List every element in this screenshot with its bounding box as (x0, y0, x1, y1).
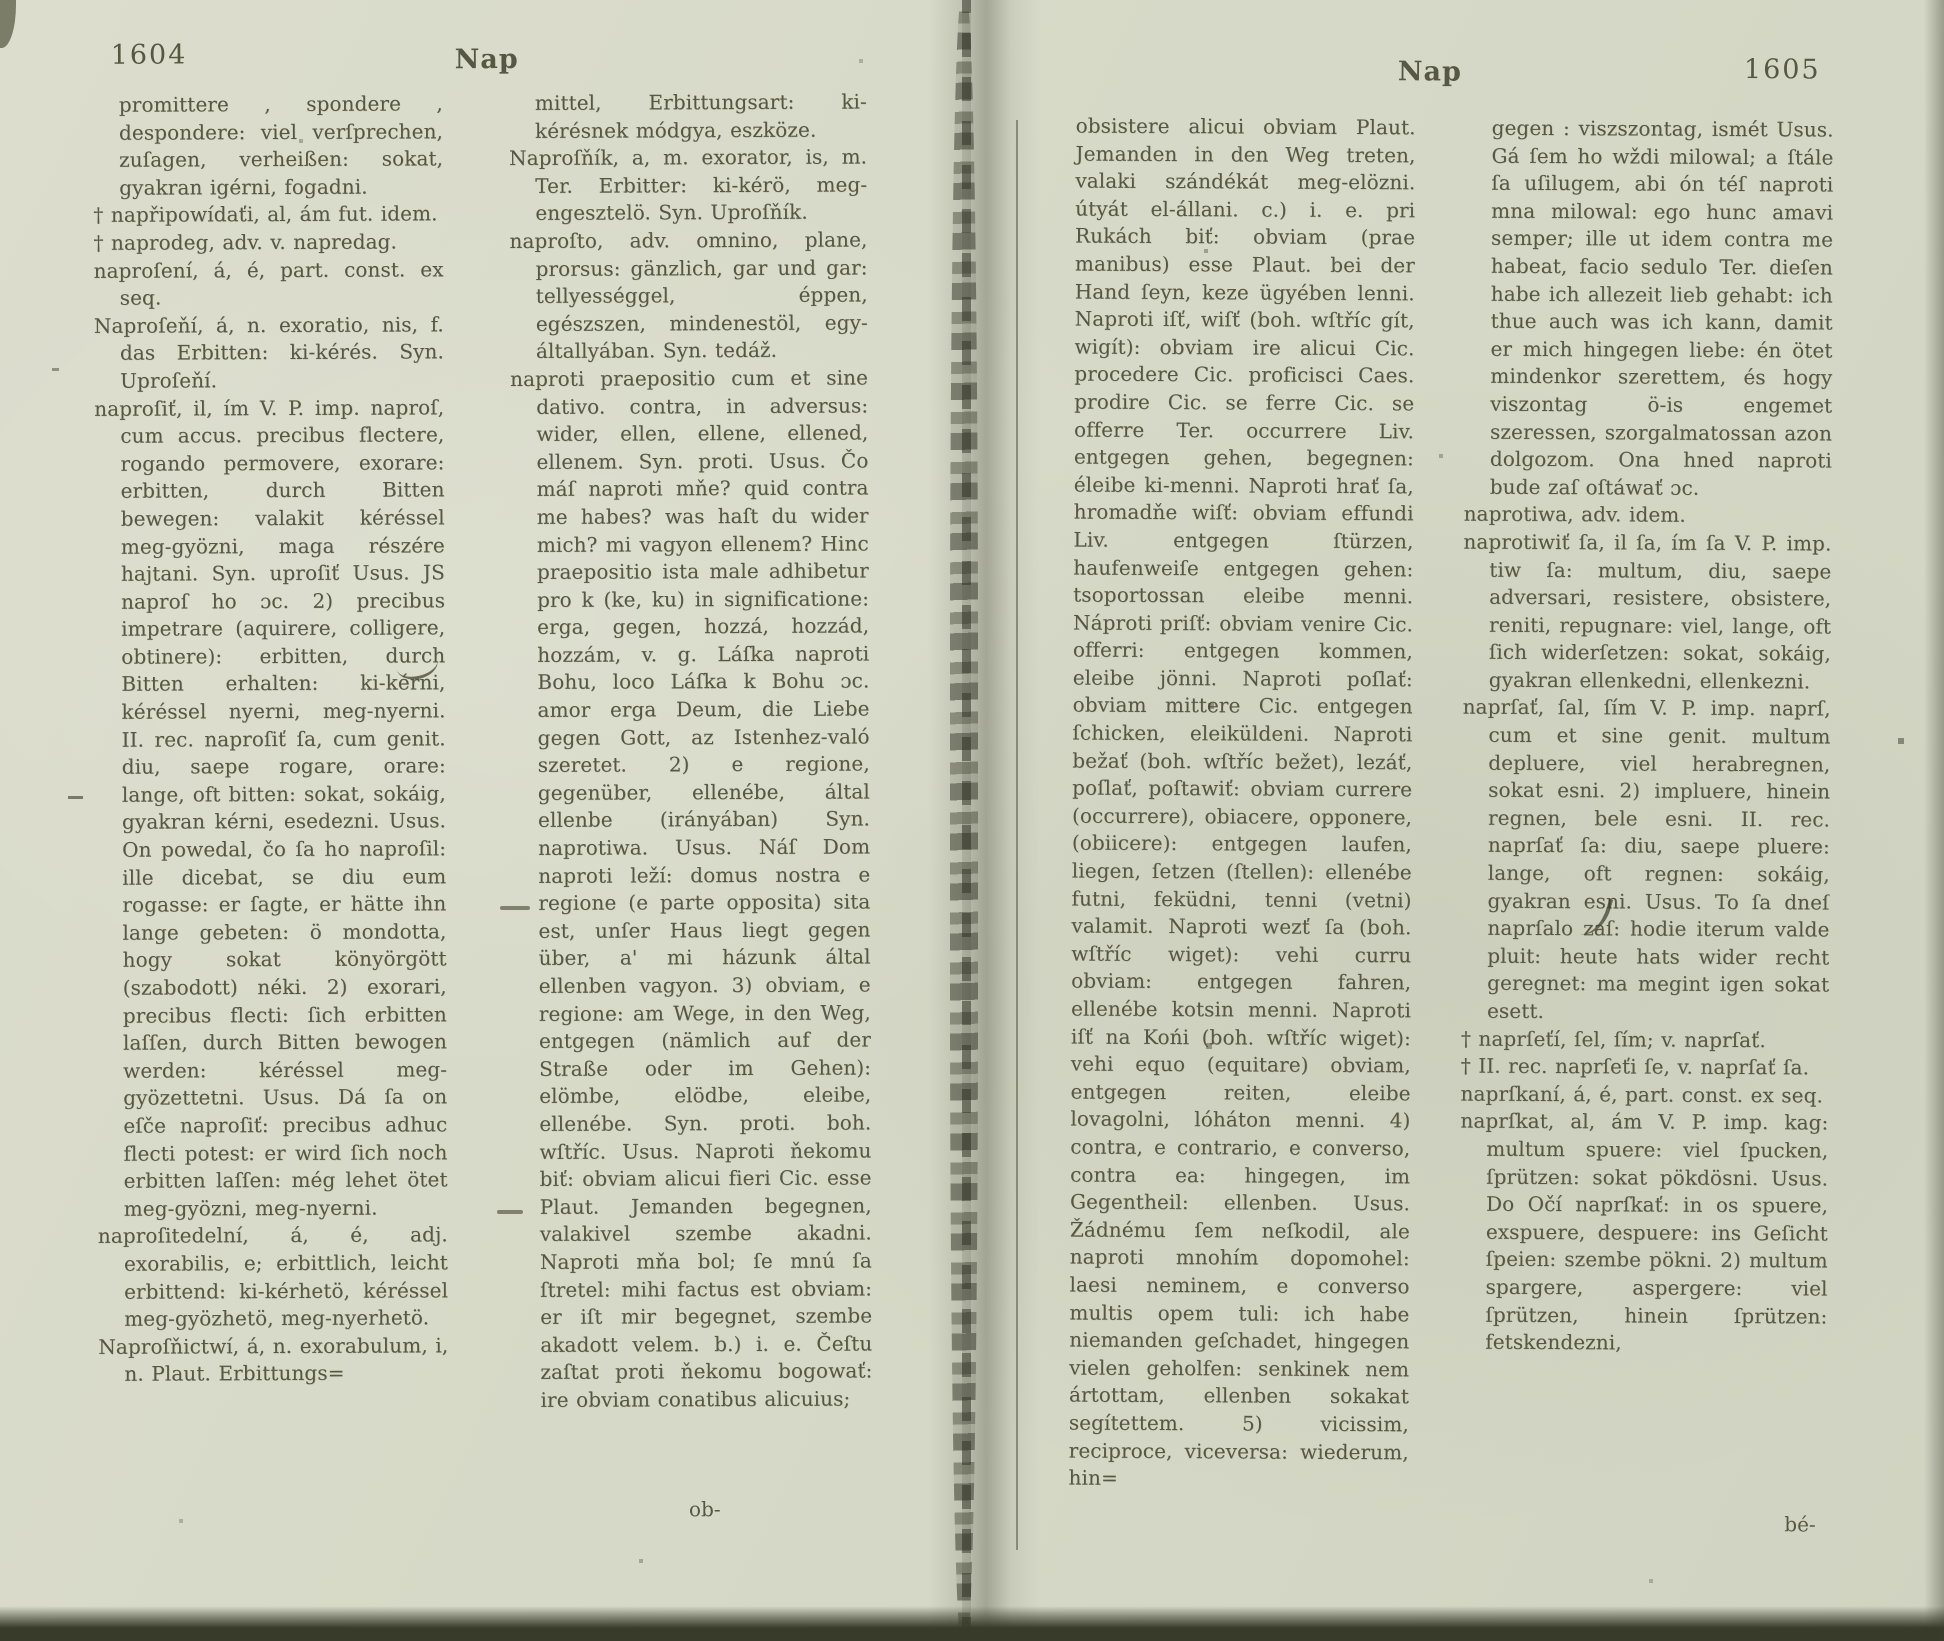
dictionary-entry: naprſkat, al, ám V. P. imp. kag: multum … (1459, 1108, 1828, 1358)
book-fold-core (962, 0, 971, 1641)
page-number-right: 1605 (1744, 54, 1821, 85)
margin-mark (52, 368, 59, 371)
dictionary-entry: naprſkaní, á, é, part. const. ex seq. (1461, 1080, 1829, 1110)
margin-mark (500, 906, 530, 910)
column-4: gegen : viszszontag, ismét Usus. Gá ſem … (1458, 115, 1833, 1517)
margin-mark (497, 1210, 523, 1214)
page-edge-line (1016, 120, 1018, 1550)
dictionary-entry: naprſať, ſal, ſím V. P. imp. naprſ, cum … (1461, 694, 1831, 1027)
margin-mark (68, 796, 83, 799)
running-title-right: Nap (1398, 56, 1462, 87)
dictionary-entry: naprotiwiť ſa, il ſa, ím ſa V. P. imp. t… (1463, 528, 1832, 695)
book-fold-shadow (928, 0, 1040, 1641)
bottom-scan-shadow (0, 1606, 1944, 1641)
right-scan-shadow (1924, 0, 1944, 1641)
paper-specks (0, 0, 2, 2)
entry-continuation: gegen : viszszontag, ismét Usus. Gá ſem … (1464, 115, 1834, 503)
entry-continuation: obsistere alicui obviam Plaut. Jemanden … (1042, 112, 1415, 1494)
book-scan: 1604 Nap promittere , spondere , despond… (0, 0, 1944, 1641)
dictionary-entry: † II. rec. naprſeťi ſe, v. naprſať ſa. (1461, 1053, 1829, 1083)
catchword-right: bé- (1784, 1512, 1816, 1536)
column-3: obsistere alicui obviam Plaut. Jemanden … (1042, 112, 1415, 1514)
dictionary-entry: naprotiwa, adv. idem. (1464, 501, 1832, 531)
dictionary-entry: † naprſeťí, ſel, ſím; v. naprſať. (1461, 1025, 1829, 1055)
